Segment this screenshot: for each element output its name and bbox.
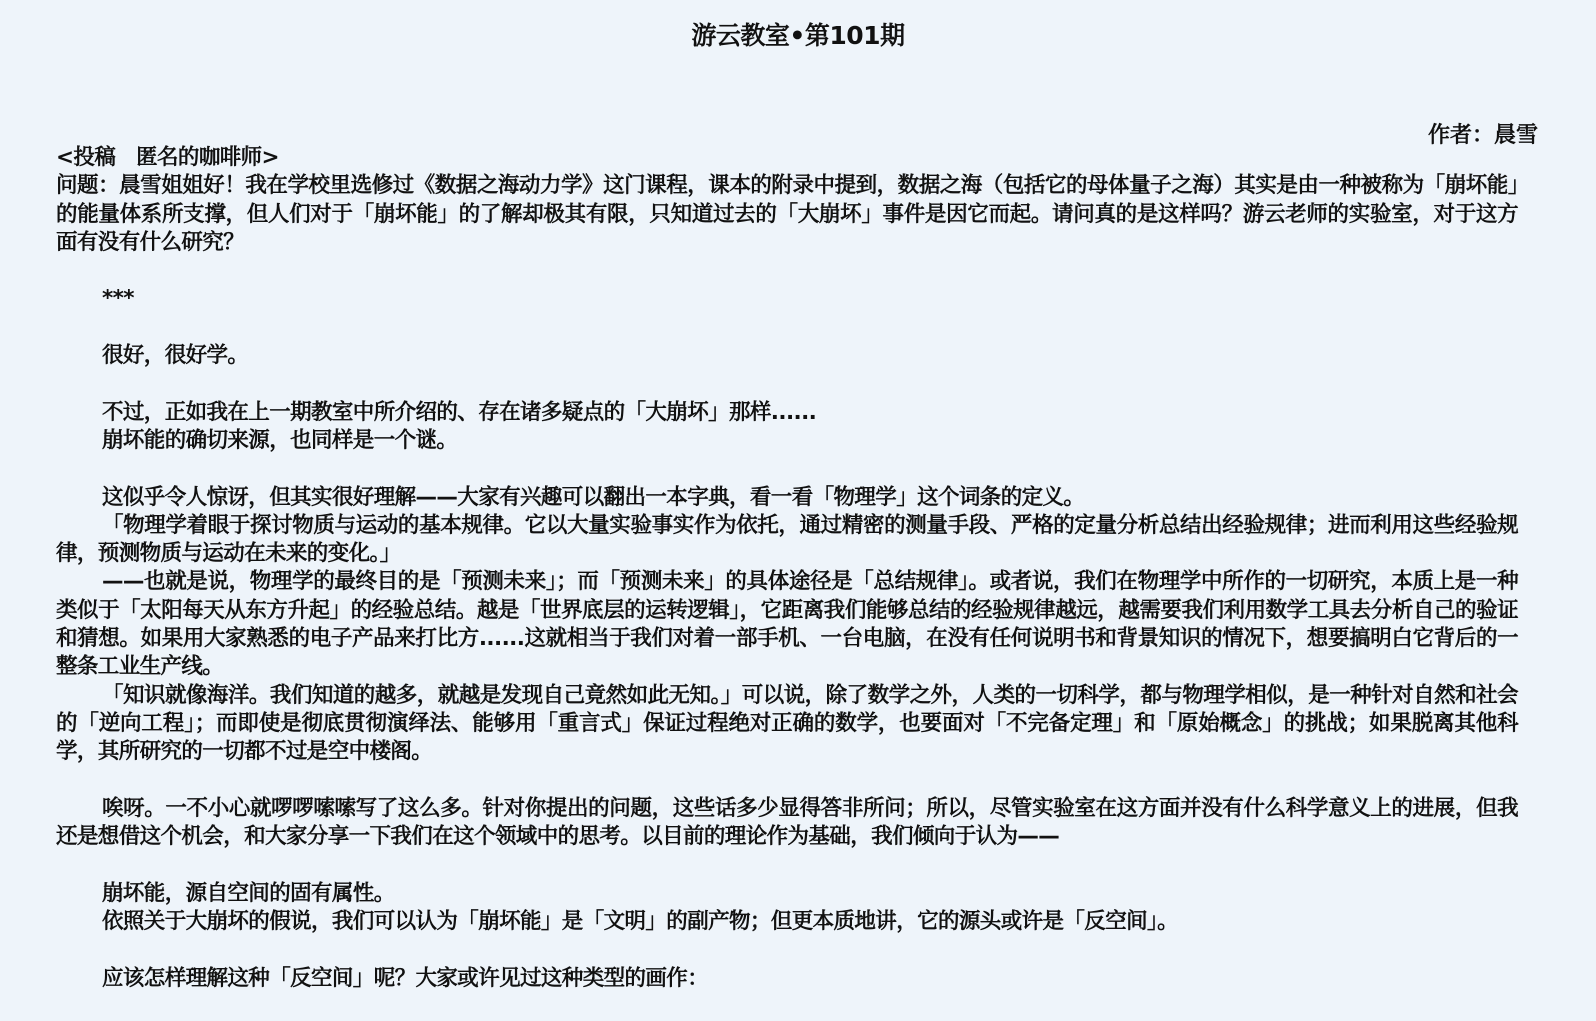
submission-tag: <投稿 匿名的咖啡师> xyxy=(56,144,1518,172)
spacer xyxy=(56,455,1518,483)
paragraph: 依照关于大崩坏的假说，我们可以认为「崩坏能」是「文明」的副产物；但更本质地讲，它… xyxy=(56,908,1518,936)
paragraph: 很好，很好学。 xyxy=(56,342,1518,370)
paragraph: 不过，正如我在上一期教室中所介绍的、存在诸多疑点的「大崩坏」那样...... xyxy=(56,399,1518,427)
spacer xyxy=(56,936,1518,964)
quote-paragraph: 「物理学着眼于探讨物质与运动的基本规律。它以大量实验事实作为依托，通过精密的测量… xyxy=(56,512,1518,569)
paragraph: 崩坏能的确切来源，也同样是一个谜。 xyxy=(56,427,1518,455)
article-body: <投稿 匿名的咖啡师> 问题：晨雪姐姐好！我在学校里选修过《数据之海动力学》这门… xyxy=(56,144,1518,993)
quote-paragraph: 「知识就像海洋。我们知道的越多，就越是发现自己竟然如此无知。」可以说，除了数学之… xyxy=(56,682,1518,767)
paragraph: 这似乎令人惊讶，但其实很好理解——大家有兴趣可以翻出一本字典，看一看「物理学」这… xyxy=(56,484,1518,512)
paragraph: 唉呀。一不小心就啰啰嗦嗦写了这么多。针对你提出的问题，这些话多少显得答非所问；所… xyxy=(56,795,1518,852)
paragraph: 应该怎样理解这种「反空间」呢？大家或许见过这种类型的画作： xyxy=(56,965,1518,993)
spacer xyxy=(56,257,1518,285)
spacer xyxy=(56,767,1518,795)
spacer xyxy=(56,314,1518,342)
spacer xyxy=(56,370,1518,398)
reader-question: 问题：晨雪姐姐好！我在学校里选修过《数据之海动力学》这门课程，课本的附录中提到，… xyxy=(56,172,1518,257)
spacer xyxy=(56,851,1518,879)
page-title: 游云教室•第101期 xyxy=(0,16,1596,52)
section-separator: *** xyxy=(56,285,1518,313)
paragraph: ——也就是说，物理学的最终目的是「预测未来」；而「预测未来」的具体途径是「总结规… xyxy=(56,568,1518,681)
paragraph: 崩坏能，源自空间的固有属性。 xyxy=(56,880,1518,908)
